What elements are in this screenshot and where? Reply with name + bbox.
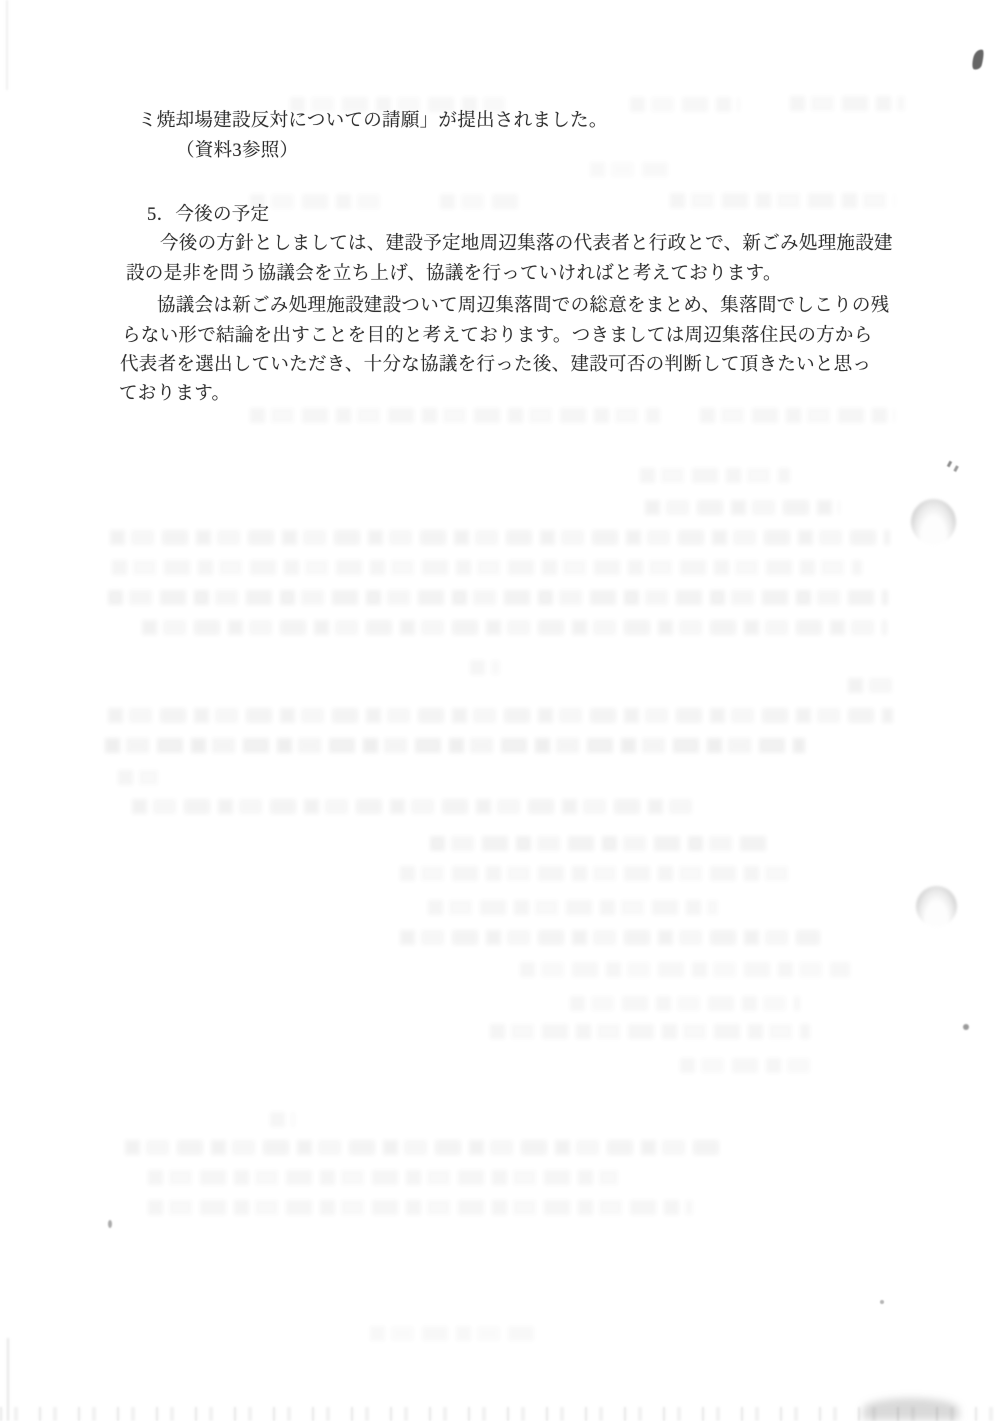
ghost-text-line xyxy=(570,996,800,1011)
ghost-text-line xyxy=(645,500,840,515)
ghost-text-line xyxy=(490,1024,810,1039)
body-line: 設の是非を問う協議会を立ち上げ、協議を行っていければと考えております。 xyxy=(126,259,782,285)
ghost-text-line xyxy=(125,1140,725,1155)
ghost-text-line xyxy=(428,900,718,915)
ghost-text-line xyxy=(132,799,692,814)
ink-speck xyxy=(963,1024,969,1030)
ghost-text-line xyxy=(105,738,805,753)
ghost-text-line xyxy=(470,660,500,675)
body-line: 今後の方針としましては、建設予定地周辺集落の代表者と行政とで、新ごみ処理施設建 xyxy=(160,229,893,255)
ghost-text-line xyxy=(680,1058,810,1073)
ghost-text-line xyxy=(790,96,905,111)
ink-speck xyxy=(108,1220,112,1228)
ink-speck xyxy=(947,461,952,468)
ghost-text-line xyxy=(400,930,820,945)
ghost-text-line xyxy=(630,97,740,112)
ghost-text-line xyxy=(400,866,790,881)
ghost-text-line xyxy=(670,193,895,208)
ghost-text-line xyxy=(270,1112,295,1127)
punch-hole-shadow xyxy=(911,499,956,545)
ghost-text-line xyxy=(148,1170,618,1185)
ghost-text-line xyxy=(148,1200,693,1215)
ghost-text-line xyxy=(430,836,770,851)
scan-edge-artifact xyxy=(6,0,8,90)
section-heading: 5．今後の予定 xyxy=(147,200,269,226)
reference-note: （資料3参照） xyxy=(176,136,298,162)
body-line: 協議会は新ごみ処理施設建設ついて周辺集落間での総意をまとめ、集落間でしこりの残 xyxy=(157,291,889,317)
ghost-text-line xyxy=(108,708,893,723)
ghost-text-line xyxy=(118,770,158,785)
body-line: ております。 xyxy=(119,379,230,405)
scanned-page: ミ焼却場建設反対についての請願」が提出されました。 （資料3参照） 5．今後の予… xyxy=(0,0,1000,1421)
ghost-text-line xyxy=(590,162,670,177)
ghost-text-line xyxy=(700,408,895,423)
ghost-text-line xyxy=(250,408,660,423)
body-line: らない形で結論を出すことを目的と考えております。つきましては周辺集落住民の方から xyxy=(122,321,873,347)
scan-edge-artifact xyxy=(7,1338,9,1421)
punch-hole-shadow xyxy=(916,886,957,927)
ghost-text-line xyxy=(110,530,890,545)
ghost-text-line xyxy=(520,962,850,977)
ghost-text-line xyxy=(440,194,520,209)
scan-edge-artifact xyxy=(863,1398,959,1420)
body-line: 代表者を選出していただき、十分な協議を行った後、建設可否の判断して頂きたいと思っ xyxy=(120,350,871,376)
ghost-text-line xyxy=(848,678,898,693)
continuation-sentence: ミ焼却場建設反対についての請願」が提出されました。 xyxy=(138,106,608,132)
ghost-text-line xyxy=(640,468,790,483)
ghost-text-line xyxy=(250,194,380,209)
ghost-text-line xyxy=(112,560,862,575)
ghost-text-line xyxy=(108,590,888,605)
ghost-text-line xyxy=(142,620,887,635)
ink-speck xyxy=(971,48,986,71)
ink-speck xyxy=(880,1300,884,1304)
scan-edge-artifact xyxy=(0,1407,1000,1421)
ghost-text-line xyxy=(370,1326,540,1341)
